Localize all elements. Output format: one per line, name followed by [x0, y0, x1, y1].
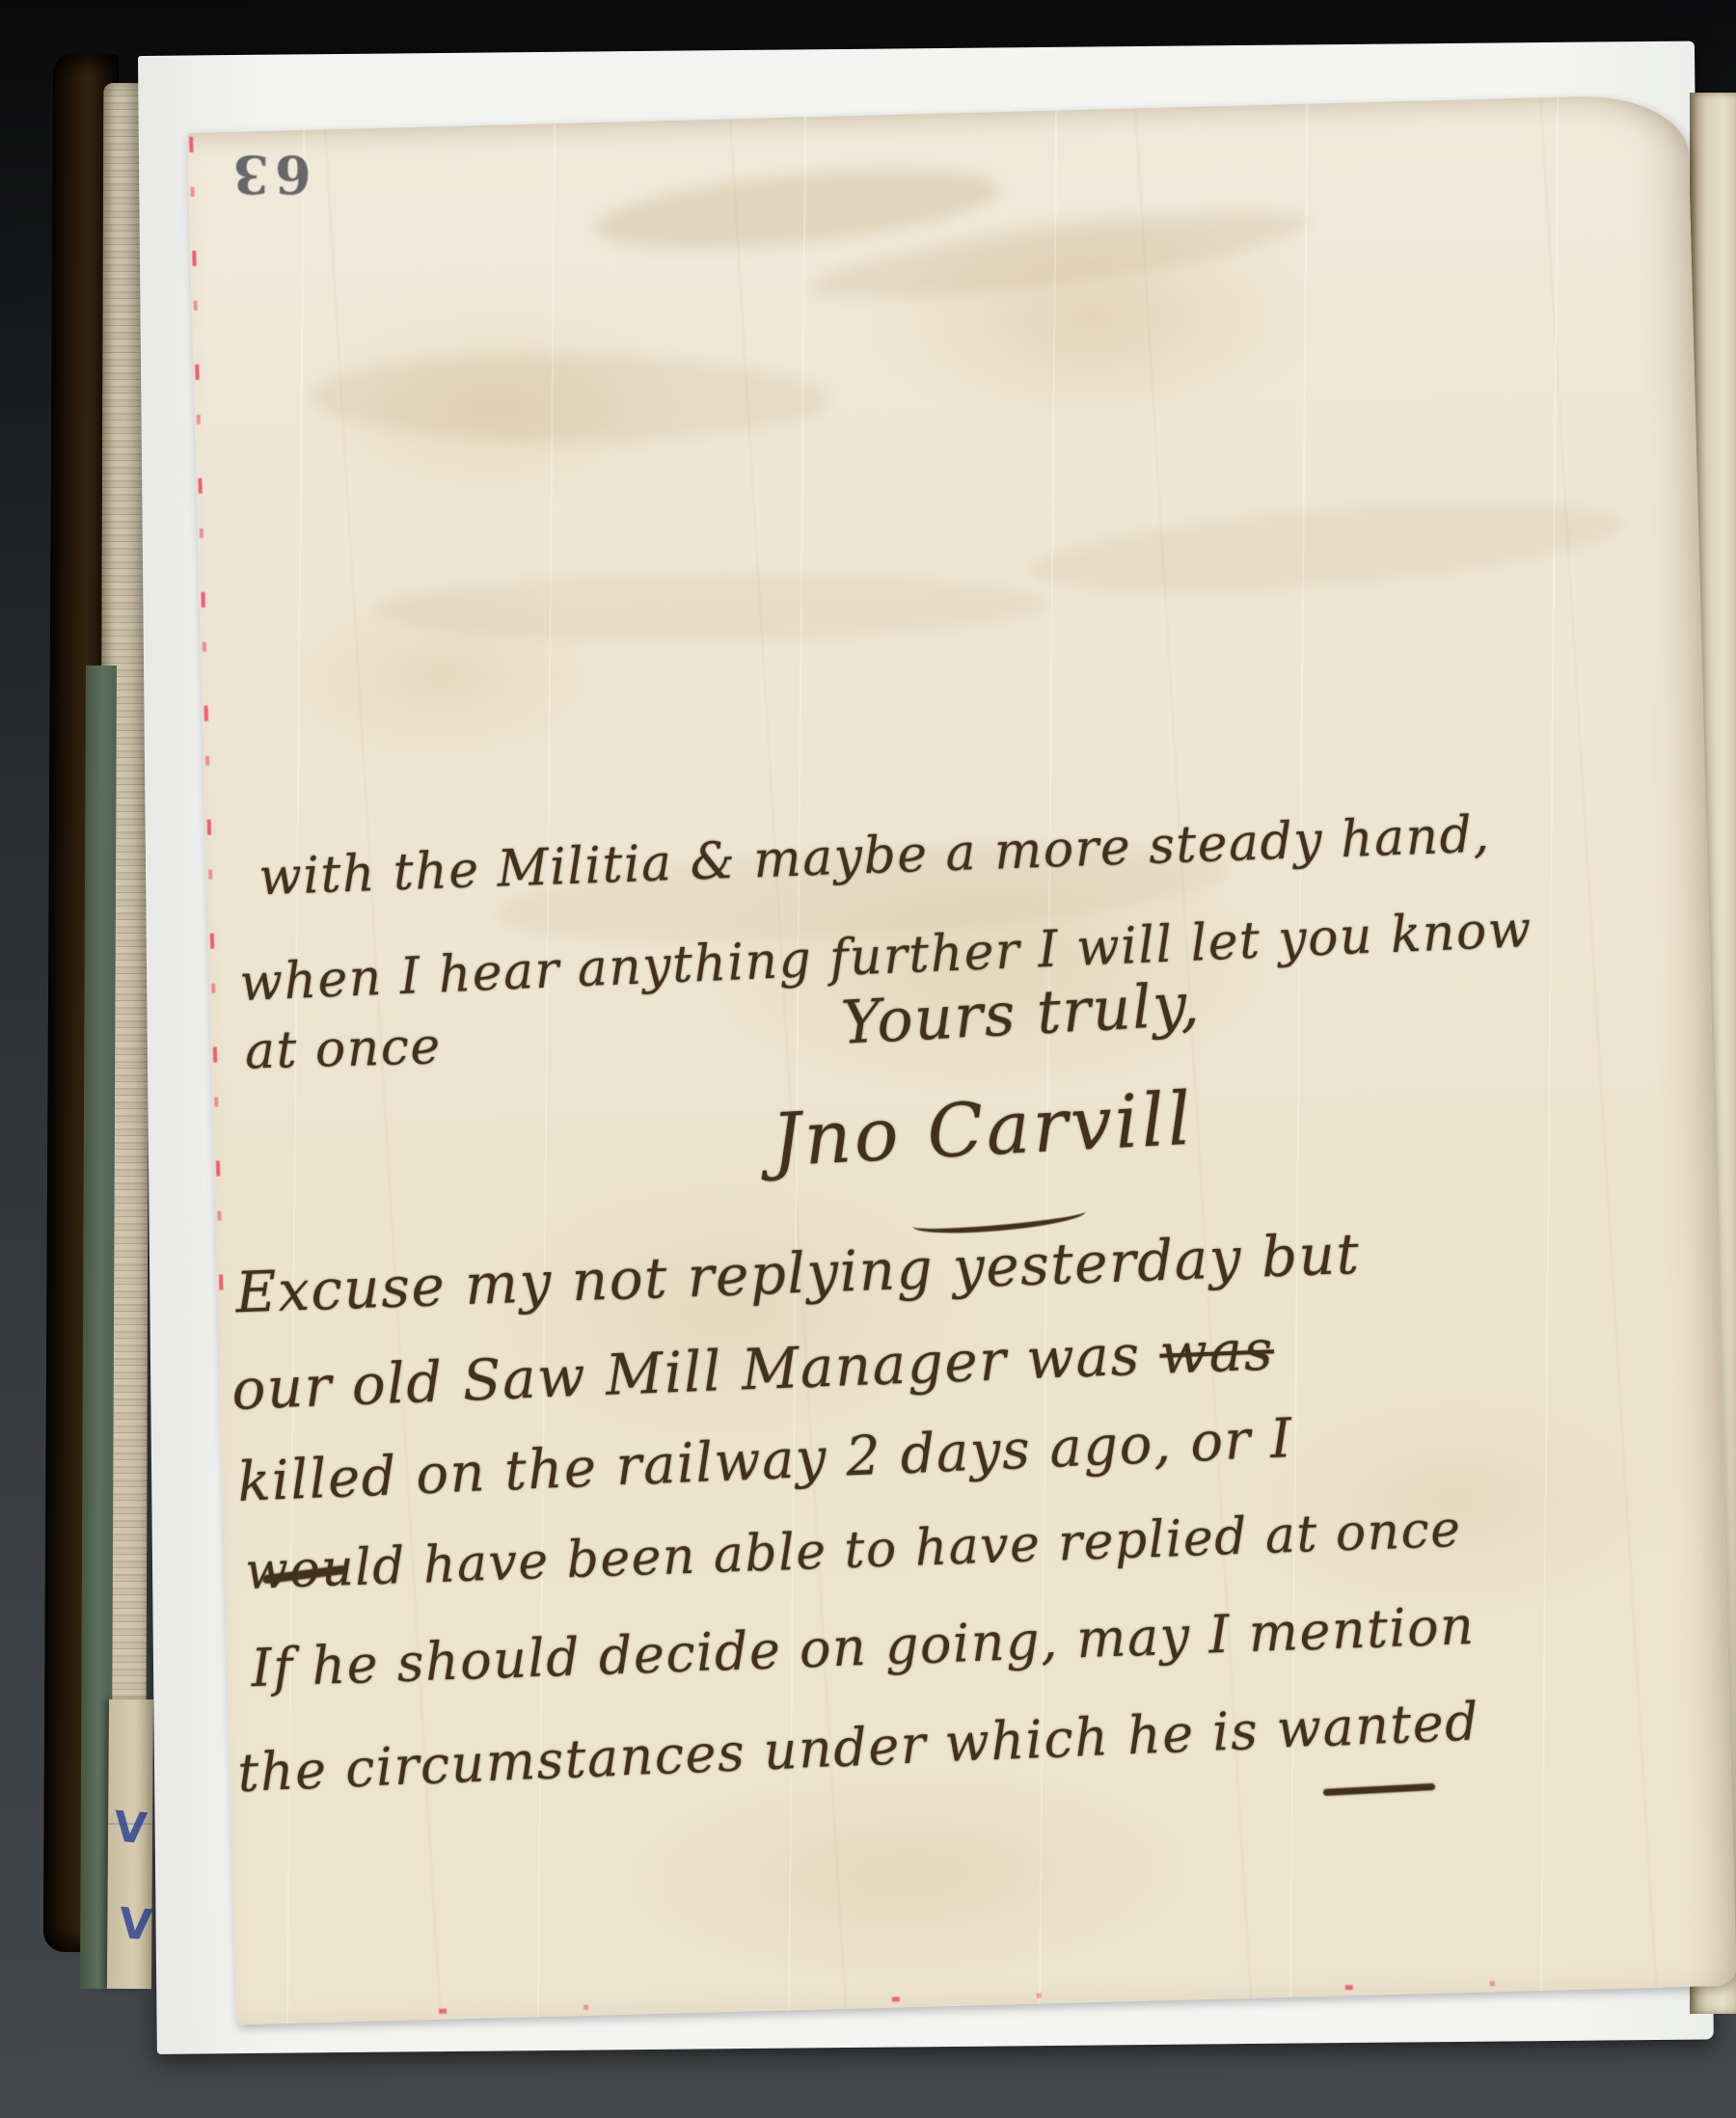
letter-line-3: at once: [244, 1018, 442, 1080]
ink-showthrough-smudge: [1025, 485, 1627, 609]
ruled-page-edge: V V: [107, 1699, 153, 1989]
margin-mark-v-2: V: [118, 1899, 154, 1950]
ink-showthrough-smudge: [373, 570, 1049, 643]
ink-showthrough-smudge: [310, 352, 831, 444]
margin-mark-v-1: V: [112, 1803, 149, 1854]
page-number-stamp: 63: [216, 137, 322, 212]
struck-word: was: [1158, 1317, 1275, 1386]
photo-of-album-page: V V 63 with the Militia & maybe a more s…: [0, 0, 1736, 2118]
